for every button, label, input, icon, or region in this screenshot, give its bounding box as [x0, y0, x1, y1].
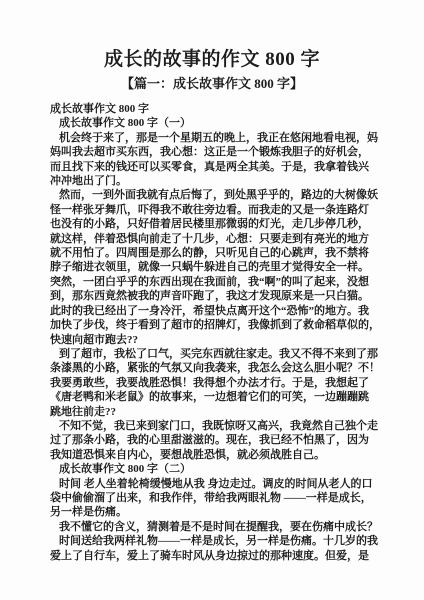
text-line: 也没有的小路，只好借着居民楼里那微弱的灯光，走几步停几秒，	[50, 217, 386, 231]
text-line: 机会终于来了，那是一个星期五的晚上，我正在悠闲地看电视，妈	[50, 131, 386, 145]
text-line: 而且找下来的钱还可以买零食，真是两全其美。于是，我拿着钱兴	[50, 160, 386, 174]
text-line: 袋中偷偷溜了出来，和我作伴，带给我两眼礼物 ——一样是成长，	[50, 491, 386, 505]
text-line: 我要勇敢些，我要战胜恐惧！我得想个办法才行。于是，我想起了	[50, 376, 386, 390]
text-line: 就不用怕了。四周围是那么的静，只听见自己的心跳声，我不禁将	[50, 246, 386, 260]
text-line: 过了那条小路，我的心里甜滋滋的。现在，我已经不怕黑了，因为	[50, 433, 386, 447]
text-line: 条漆黑的小路，紧张的气氛又向我袭来，我怎么会这么胆小呢？不！	[50, 361, 386, 375]
text-line: 然而，一到外面我就有点后悔了，到处黑乎乎的，路边的大树像妖	[50, 188, 386, 202]
text-line: 此时的我已经出了一身冷汗，希望快点离开这个“恐怖”的地方。我	[50, 304, 386, 318]
text-line: 我知道恐惧来自内心，要想战胜恐惧，就必须战胜自己。	[50, 448, 386, 462]
document-body: 成长故事作文 800 字成长故事作文 800 字（一）机会终于来了，那是一个星期…	[50, 102, 386, 563]
text-line: 时间送给我两样礼物——一样是成长，另一样是伤痛。十几岁的我	[50, 534, 386, 548]
text-line: 就这样，伴着恐惧向前走了十几步，心想：只要走到有亮光的地方	[50, 232, 386, 246]
document-title: 成长的故事的作文 800 字	[0, 48, 424, 72]
text-line: 快速向超市跑去??	[50, 333, 386, 347]
text-line: 时间 老人坐着轮椅缓慢地从我 身边走过。调皮的时间从老人的口	[50, 477, 386, 491]
document-page: 成长的故事的作文 800 字 【篇一：成长故事作文 800 字】 成长故事作文 …	[0, 0, 424, 600]
text-line: 另一样是伤痛。	[50, 505, 386, 519]
text-line: 突然，一团白乎乎的东西出现在我面前，我“啊”的叫了起来，没想	[50, 275, 386, 289]
text-line: 到，那东西竟然被我的声音吓跑了，我这才发现原来是一只白猫。	[50, 289, 386, 303]
text-line: 加快了步伐，终于看到了超市的招牌灯，我像抓到了救命稻草似的，	[50, 318, 386, 332]
text-line: 成长故事作文 800 字（二）	[50, 462, 386, 476]
text-line: 《唐老鸭和米老鼠》的故事来，一边想着它们的可笑，一边蹦蹦跳	[50, 390, 386, 404]
document-subtitle: 【篇一：成长故事作文 800 字】	[0, 75, 424, 92]
text-line: 冲冲地出了门。	[50, 174, 386, 188]
text-line: 我不懂它的含义，猜测着是不是时间在提醒我，要在伤痛中成长？	[50, 520, 386, 534]
text-line: 跳地往前走??	[50, 405, 386, 419]
text-line: 怪一样张牙舞爪，吓得我不敢往旁边看。而我走的又是一条连路灯	[50, 203, 386, 217]
text-line: 脖子缩进衣领里，就像一只蜗牛躲进自己的壳里才觉得安全一样。	[50, 260, 386, 274]
text-line: 成长故事作文 800 字（一）	[50, 116, 386, 130]
text-line: 到了超市，我松了口气，买完东西就往家走。我又不得不来到了那	[50, 347, 386, 361]
text-line: 不知不觉，我已来到家门口，我既惊呀又高兴，我竟然自己独个走	[50, 419, 386, 433]
text-line: 妈叫我去超市买东西，我心想：这正是一个锻炼我胆子的好机会，	[50, 145, 386, 159]
text-line: 爱上了自行车，爱上了骑车时风从身边掠过的那种速度。但爱，是	[50, 549, 386, 563]
text-line: 成长故事作文 800 字	[50, 102, 386, 116]
